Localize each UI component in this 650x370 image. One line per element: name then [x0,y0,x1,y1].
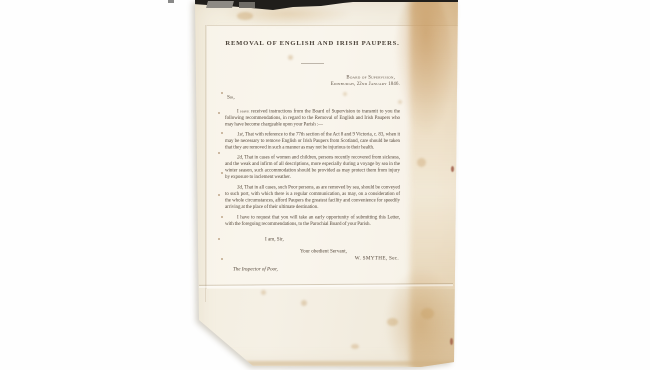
fold-line-vertical [205,25,206,302]
closing-line-2: Your obedient Servant, [300,249,347,255]
stitch-hole [221,172,223,174]
paragraph-intro: I have received instructions from the Bo… [225,108,400,128]
closing-line-1: I am, Sir, [265,237,284,243]
paper-wrapper: REMOVAL OF ENGLISH AND IRISH PAUPERS. Bo… [193,0,458,370]
salutation: Sir, [227,95,235,101]
signature: W. SMYTHE, Sec. [225,256,399,262]
dateline: Board of Supervision, Edinburgh, 22nd Ja… [331,75,400,88]
paragraph-recommendation-3: 3d, That in all cases, such Poor persons… [225,184,400,210]
addressee-line: The Inspector of Poor, [233,267,278,273]
paragraph-text: That in cases of women and children, per… [225,155,400,180]
paragraph-text: That with reference to the 77th section … [225,132,400,151]
stitch-hole [218,238,220,240]
red-ink-speck [450,338,453,345]
dateline-place-date: Edinburgh, 22nd January 1846. [331,81,400,87]
paragraph-recommendation-2: 2d, That in cases of women and children,… [225,154,400,180]
torn-top-fragment [239,2,255,8]
paragraph-lead: I have [237,109,249,115]
paper-sheet: REMOVAL OF ENGLISH AND IRISH PAUPERS. Bo… [193,0,458,370]
title-rule [301,63,324,64]
scan-background: REMOVAL OF ENGLISH AND IRISH PAUPERS. Bo… [0,0,650,370]
letter-title: REMOVAL OF ENGLISH AND IRISH PAUPERS. [225,39,400,47]
paragraph-text: I have to request that you will take an … [225,215,400,227]
paragraph-number: 2d, [237,155,243,161]
paragraph-recommendation-1: 1st, That with reference to the 77th sec… [225,131,400,151]
red-ink-speck [451,166,454,172]
stitch-hole [218,194,220,196]
stitch-hole [221,132,223,134]
foxing-spot [417,158,426,167]
paragraph-number: 1st, [237,132,244,138]
paragraph-text: received instructions from the Board of … [225,109,400,128]
paragraph-request: I have to request that you will take an … [225,214,400,227]
stitch-hole [221,258,223,260]
stitch-hole [221,216,223,218]
torn-top-fragment [206,1,234,8]
foxing-spot [421,308,434,319]
letter-body: REMOVAL OF ENGLISH AND IRISH PAUPERS. Bo… [225,0,400,370]
debris-speck [168,0,174,3]
stitch-hole [221,92,223,94]
paragraph-number: 3d, [237,185,243,191]
stitch-hole [218,112,220,114]
stitch-hole [218,152,220,154]
paragraph-text: That in all cases, such Poor persons, as… [225,185,400,210]
